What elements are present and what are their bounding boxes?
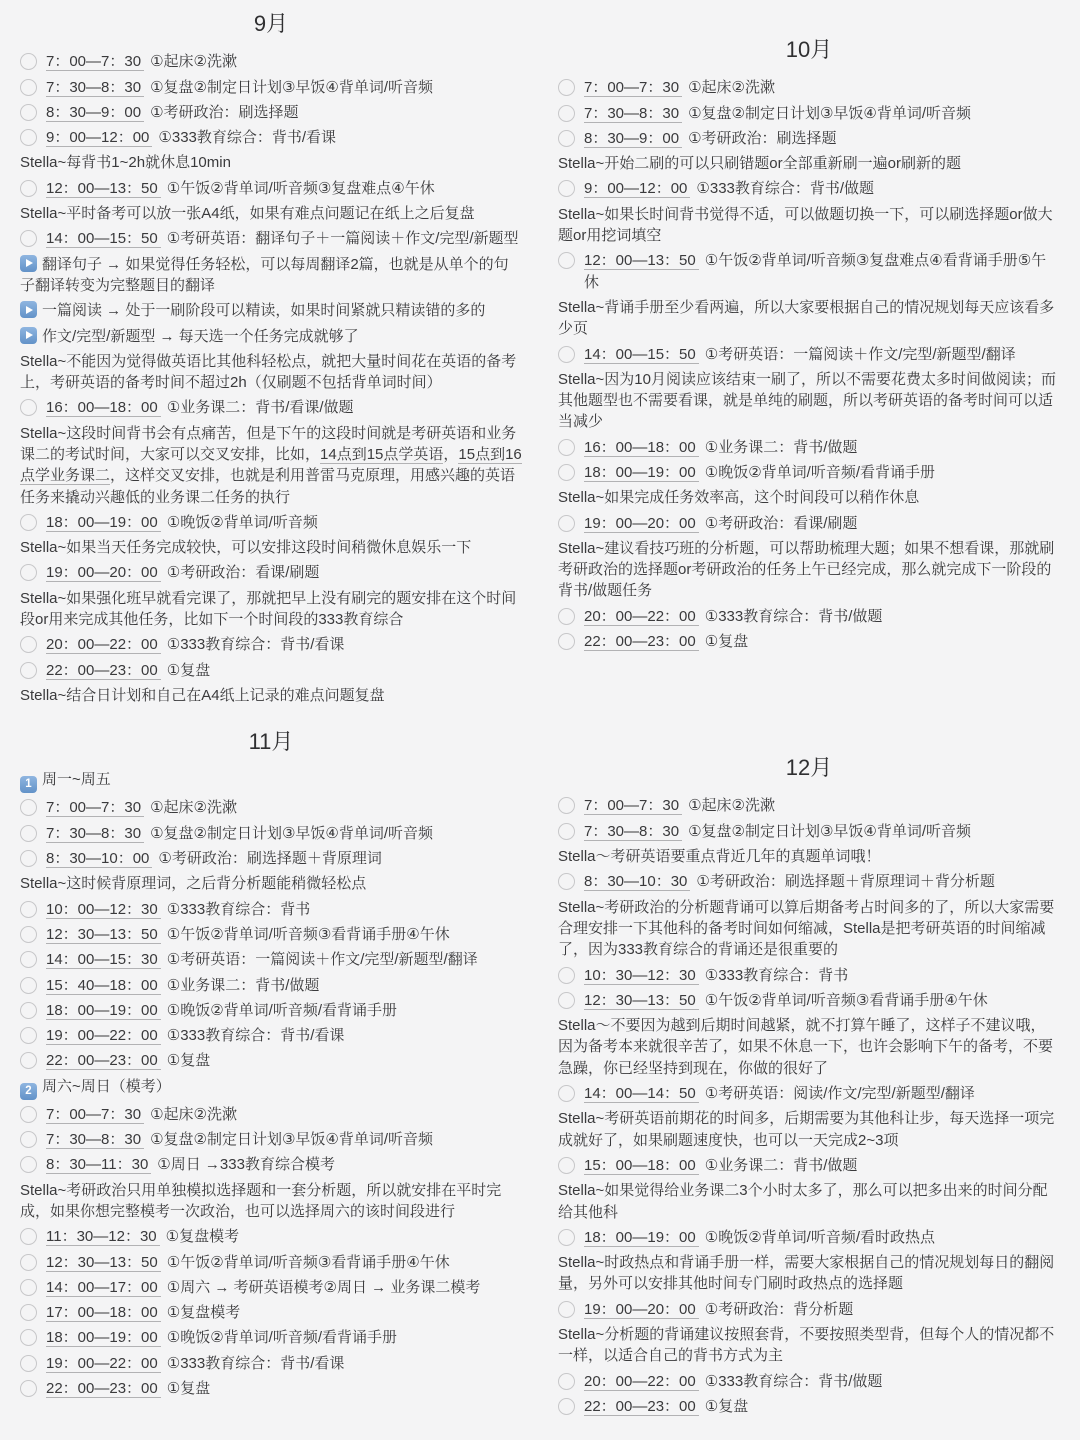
task-time: 18：00—19：00 [584,464,699,482]
stella-note: Stella~因为10月阅读应该结束一刷了，所以不需要花费太多时间做阅读；而其他… [558,369,1060,433]
todo-circle-checkbox-icon[interactable] [20,977,37,994]
task-text: ①333教育综合：背书/看课 [158,129,336,146]
month-section-december: 12月7：00—7：30①起床②洗漱7：30—8：30①复盘②制定日计划③早饭④… [558,724,1060,1421]
task-item: 7：30—8：30①复盘②制定日计划③早饭④背单词/听音频 [20,823,522,844]
month-title: 10月 [558,34,1060,65]
task-time: 16：00—18：00 [46,399,161,417]
task-body: 14：00—17：00①周六 → 考研英语模考②周日 → 业务课二模考 [46,1277,522,1298]
task-item: 8：30—11：30①周日 →333教育综合模考 [20,1154,522,1175]
task-item: 17：00—18：00①复盘模考 [20,1302,522,1323]
month-section-september: 9月7：00—7：30①起床②洗漱7：30—8：30①复盘②制定日计划③早饭④背… [20,6,522,710]
task-text: ①复盘②制定日计划③早饭④背单词/听音频 [150,79,433,96]
task-time: 12：00—13：50 [46,180,161,198]
task-body: 10：00—12：30①333教育综合：背书 [46,899,522,920]
task-text: ①起床②洗漱 [688,79,775,96]
todo-circle-checkbox-icon[interactable] [20,564,37,581]
task-time: 7：30—8：30 [46,825,144,843]
todo-circle-checkbox-icon[interactable] [558,130,575,147]
todo-circle-checkbox-icon[interactable] [20,926,37,943]
tip-item: 翻译句子 → 如果觉得任务轻松，可以每周翻译2篇，也就是从单个的句子翻译转变为完… [20,254,522,297]
task-body: 19：00—22：00①333教育综合：背书/看课 [46,1025,522,1046]
task-body: 22：00—23：00①复盘 [46,660,522,681]
task-body: 22：00—23：00①复盘 [46,1378,522,1399]
todo-circle-checkbox-icon[interactable] [558,1301,575,1318]
todo-circle-checkbox-icon[interactable] [558,873,575,890]
task-time: 22：00—23：00 [46,662,161,680]
task-item: 16：00—18：00①业务课二：背书/看课/做题 [20,397,522,418]
task-time: 7：30—8：30 [584,823,682,841]
task-body: 14：00—15：50①考研英语：翻译句子＋一篇阅读＋作文/完型/新题型 [46,228,522,249]
stella-note: Stella~这段时间背书会有点痛苦，但是下午的这段时间就是考研英语和业务课二的… [20,423,522,508]
task-time: 22：00—23：00 [46,1052,161,1070]
stella-note: Stella~建议看技巧班的分析题，可以帮助梳理大题；如果不想看课，那就刷考研政… [558,538,1060,602]
month-title: 11月 [20,726,522,757]
todo-circle-checkbox-icon[interactable] [20,1228,37,1245]
stella-note: Stella~如果觉得给业务课二3个小时太多了，那么可以把多出来的时间分配给其他… [558,1180,1060,1223]
task-item: 10：00—12：30①333教育综合：背书 [20,899,522,920]
task-text: ①考研政治：背分析题 [705,1301,853,1318]
todo-circle-checkbox-icon[interactable] [558,608,575,625]
task-time: 19：00—20：00 [46,564,161,582]
task-time: 12：30—13：50 [46,1254,161,1272]
subsection-header: 2周六~周日（模考） [20,1076,522,1100]
play-icon [20,255,37,272]
month-section-november: 11月1周一~周五7：00—7：30①起床②洗漱7：30—8：30①复盘②制定日… [20,724,522,1421]
task-time: 18：00—19：00 [46,514,161,532]
task-time: 7：30—8：30 [46,79,144,97]
study-plan-page: { "colors": { "background": "#f4f4f5", "… [0,0,1080,1431]
task-body: 14：00—14：50①考研英语：阅读/作文/完型/新题型/翻译 [584,1083,1060,1104]
task-body: 12：30—13：50①午饭②背单词/听音频③看背诵手册④午休 [46,924,522,945]
task-item: 7：30—8：30①复盘②制定日计划③早饭④背单词/听音频 [20,77,522,98]
todo-circle-checkbox-icon[interactable] [558,1085,575,1102]
stella-note: Stella~平时备考可以放一张A4纸，如果有难点问题记在纸上之后复盘 [20,203,522,224]
task-text: ①周日 →333教育综合模考 [157,1156,335,1173]
task-body: 7：30—8：30①复盘②制定日计划③早饭④背单词/听音频 [584,821,1060,842]
task-time: 9：00—12：00 [46,129,152,147]
task-time: 7：00—7：30 [584,79,682,97]
todo-circle-checkbox-icon[interactable] [20,399,37,416]
task-item: 7：30—8：30①复盘②制定日计划③早饭④背单词/听音频 [558,103,1060,124]
todo-circle-checkbox-icon[interactable] [558,967,575,984]
task-item: 7：00—7：30①起床②洗漱 [20,1104,522,1125]
todo-circle-checkbox-icon[interactable] [20,1329,37,1346]
task-item: 8：30—9：00①考研政治：刷选择题 [20,102,522,123]
stella-note: Stella~考研政治只用单独模拟选择题和一套分析题，所以就安排在平时完成，如果… [20,1180,522,1223]
todo-circle-checkbox-icon[interactable] [20,662,37,679]
task-time: 18：00—19：00 [46,1329,161,1347]
task-time: 19：00—20：00 [584,515,699,533]
task-body: 7：30—8：30①复盘②制定日计划③早饭④背单词/听音频 [584,103,1060,124]
task-text: ①起床②洗漱 [150,1106,237,1123]
stella-note: Stella~考研政治的分析题背诵可以算后期备考占时间多的了，所以大家需要合理安… [558,897,1060,961]
task-text: ①业务课二：背书/做题 [167,977,320,994]
todo-circle-checkbox-icon[interactable] [558,1157,575,1174]
task-body: 14：00—15：50①考研英语：一篇阅读＋作文/完型/新题型/翻译 [584,344,1060,365]
task-time: 8：30—10：00 [46,850,152,868]
note-text: ， [443,446,458,463]
task-item: 22：00—23：00①复盘 [20,1378,522,1399]
task-time: 14：00—15：50 [584,346,699,364]
task-body: 12：30—13：50①午饭②背单词/听音频③看背诵手册④午休 [46,1252,522,1273]
task-item: 8：30—10：00①考研政治：刷选择题＋背原理词 [20,848,522,869]
task-body: 11：30—12：30①复盘模考 [46,1226,522,1247]
task-body: 19：00—22：00①333教育综合：背书/看课 [46,1353,522,1374]
task-time: 19：00—22：00 [46,1027,161,1045]
task-item: 11：30—12：30①复盘模考 [20,1226,522,1247]
task-text: ①复盘②制定日计划③早饭④背单词/听音频 [150,825,433,842]
task-text: ①考研英语：翻译句子＋一篇阅读＋作文/完型/新题型 [167,230,519,247]
task-item: 8：30—9：00①考研政治：刷选择题 [558,128,1060,149]
stella-note: Stella~结合日计划和自己在A4纸上记录的难点问题复盘 [20,685,522,706]
task-item: 7：30—8：30①复盘②制定日计划③早饭④背单词/听音频 [558,821,1060,842]
task-body: 12：00—13：50①午饭②背单词/听音频③复盘难点④午休 [46,178,522,199]
task-body: 7：00—7：30①起床②洗漱 [46,797,522,818]
task-time: 22：00—23：00 [584,633,699,651]
stella-note: Stella~如果当天任务完成较快，可以安排这段时间稍微休息娱乐一下 [20,537,522,558]
task-item: 12：00—13：50①午饭②背单词/听音频③复盘难点④看背诵手册⑤午休 [558,250,1060,293]
tip-item: 作文/完型/新题型 → 每天选一个任务完成就够了 [20,326,522,347]
task-body: 18：00—19：00①晚饭②背单词/听音频/看时政热点 [584,1227,1060,1248]
task-item: 14：00—15：30①考研英语：一篇阅读＋作文/完型/新题型/翻译 [20,949,522,970]
month-title: 12月 [558,752,1060,783]
todo-circle-checkbox-icon[interactable] [20,850,37,867]
task-item: 12：30—13：50①午饭②背单词/听音频③看背诵手册④午休 [558,990,1060,1011]
task-time: 7：30—8：30 [46,1131,144,1149]
todo-circle-checkbox-icon[interactable] [558,79,575,96]
task-body: 14：00—15：30①考研英语：一篇阅读＋作文/完型/新题型/翻译 [46,949,522,970]
task-time: 20：00—22：00 [584,608,699,626]
stella-note: Stella~如果长时间背书觉得不适，可以做题切换一下，可以刷选择题or做大题o… [558,204,1060,247]
task-time: 14：00—14：50 [584,1085,699,1103]
task-text: ①333教育综合：背书/看课 [167,1355,345,1372]
task-text: ①复盘模考 [167,1304,240,1321]
task-item: 7：00—7：30①起床②洗漱 [558,77,1060,98]
task-item: 12：30—13：50①午饭②背单词/听音频③看背诵手册④午休 [20,1252,522,1273]
task-text: ①考研政治：刷选择题＋背原理词 [158,850,381,867]
todo-circle-checkbox-icon[interactable] [20,1279,37,1296]
task-item: 19：00—20：00①考研政治：看课/刷题 [20,562,522,583]
task-body: 19：00—20：00①考研政治：看课/刷题 [46,562,522,583]
task-item: 19：00—20：00①考研政治：看课/刷题 [558,513,1060,534]
todo-circle-checkbox-icon[interactable] [20,129,37,146]
todo-circle-checkbox-icon[interactable] [20,1380,37,1397]
task-time: 16：00—18：00 [584,439,699,457]
stella-note: Stella~时政热点和背诵手册一样，需要大家根据自己的情况规划每日的翻阅量，另… [558,1252,1060,1295]
task-text: ①起床②洗漱 [688,797,775,814]
todo-circle-checkbox-icon[interactable] [558,464,575,481]
stella-note: Stella～不要因为越到后期时间越紧，就不打算午睡了，这样子不建议哦，因为备考… [558,1015,1060,1079]
task-body: 7：30—8：30①复盘②制定日计划③早饭④背单词/听音频 [46,823,522,844]
task-text: ①午饭②背单词/听音频③复盘难点④午休 [167,180,435,197]
todo-circle-checkbox-icon[interactable] [20,799,37,816]
play-icon [20,327,37,344]
task-item: 12：30—13：50①午饭②背单词/听音频③看背诵手册④午休 [20,924,522,945]
task-body: 15：40—18：00①业务课二：背书/做题 [46,975,522,996]
task-time: 8：30—11：30 [46,1156,151,1174]
task-text: ①复盘②制定日计划③早饭④背单词/听音频 [688,105,971,122]
task-text: ①复盘 [705,633,748,650]
task-text: ①333教育综合：背书 [705,967,848,984]
task-time: 19：00—20：00 [584,1301,699,1319]
task-item: 16：00—18：00①业务课二：背书/做题 [558,437,1060,458]
todo-circle-checkbox-icon[interactable] [20,1131,37,1148]
task-time: 11：30—12：30 [46,1228,160,1246]
todo-circle-checkbox-icon[interactable] [20,1052,37,1069]
task-body: 19：00—20：00①考研政治：背分析题 [584,1299,1060,1320]
task-body: 10：30—12：30①333教育综合：背书 [584,965,1060,986]
task-body: 15：00—18：00①业务课二：背书/做题 [584,1155,1060,1176]
task-item: 18：00—19：00①晚饭②背单词/听音频/看背诵手册 [20,1327,522,1348]
task-text: ①333教育综合：背书/做题 [705,1373,883,1390]
task-body: 18：00—19：00①晚饭②背单词/听音频/看背诵手册 [46,1000,522,1021]
task-body: 18：00—19：00①晚饭②背单词/听音频/看背诵手册 [46,1327,522,1348]
stella-note: Stella~分析题的背诵建议按照套背，不要按照类型背，但每个人的情况都不一样，… [558,1324,1060,1367]
tip-text: 翻译句子 → 如果觉得任务轻松，可以每周翻译2篇，也就是从单个的句子翻译转变为完… [20,256,509,294]
task-item: 15：00—18：00①业务课二：背书/做题 [558,1155,1060,1176]
task-text: ①考研政治：刷选择题 [688,130,836,147]
todo-circle-checkbox-icon[interactable] [558,180,575,197]
todo-circle-checkbox-icon[interactable] [20,825,37,842]
task-time: 14：00—15：30 [46,951,161,969]
task-item: 10：30—12：30①333教育综合：背书 [558,965,1060,986]
todo-circle-checkbox-icon[interactable] [558,252,575,269]
task-body: 12：30—13：50①午饭②背单词/听音频③看背诵手册④午休 [584,990,1060,1011]
stella-note: Stella~背诵手册至少看两遍，所以大家要根据自己的情况规划每天应该看多少页 [558,297,1060,340]
task-item: 8：30—10：30①考研政治：刷选择题＋背原理词＋背分析题 [558,871,1060,892]
stella-note: Stella~考研英语前期花的时间多，后期需要为其他科让步，每天选择一项完成就好… [558,1108,1060,1151]
note-underlined-text: 14点到15点学英语 [320,446,443,464]
task-item: 12：00—13：50①午饭②背单词/听音频③复盘难点④午休 [20,178,522,199]
tip-text: 一篇阅读 → 处于一刷阶段可以精读，如果时间紧就只精读错的多的 [42,302,485,319]
task-text: ①复盘 [167,1380,210,1397]
task-text: ①午饭②背单词/听音频③看背诵手册④午休 [167,926,450,943]
task-text: ①复盘 [167,1052,210,1069]
task-item: 20：00—22：00①333教育综合：背书/看课 [20,634,522,655]
tip-text: 作文/完型/新题型 → 每天选一个任务完成就够了 [42,328,359,345]
month-section-october: 10月7：00—7：30①起床②洗漱7：30—8：30①复盘②制定日计划③早饭④… [558,6,1060,710]
play-icon [20,301,37,318]
task-text: ①晚饭②背单词/听音频/看时政热点 [705,1229,935,1246]
task-time: 22：00—23：00 [584,1398,699,1416]
todo-circle-checkbox-icon[interactable] [20,1304,37,1321]
todo-circle-checkbox-icon[interactable] [20,104,37,121]
task-item: 9：00—12：00①333教育综合：背书/看课 [20,127,522,148]
task-body: 22：00—23：00①复盘 [584,631,1060,652]
task-text: ①复盘 [705,1398,748,1415]
task-body: 18：00—19：00①晚饭②背单词/听音频 [46,512,522,533]
task-text: ①晚饭②背单词/听音频/看背诵手册 [167,1329,397,1346]
todo-circle-checkbox-icon[interactable] [558,823,575,840]
task-item: 14：00—14：50①考研英语：阅读/作文/完型/新题型/翻译 [558,1083,1060,1104]
task-time: 15：40—18：00 [46,977,161,995]
todo-circle-checkbox-icon[interactable] [20,514,37,531]
task-item: 15：40—18：00①业务课二：背书/做题 [20,975,522,996]
task-body: 16：00—18：00①业务课二：背书/做题 [584,437,1060,458]
task-item: 18：00—19：00①晚饭②背单词/听音频/看背诵手册 [558,462,1060,483]
months-grid: 9月7：00—7：30①起床②洗漱7：30—8：30①复盘②制定日计划③早饭④背… [0,0,1080,1431]
task-item: 18：00—19：00①晚饭②背单词/听音频/看背诵手册 [20,1000,522,1021]
task-time: 7：30—8：30 [584,105,682,123]
task-text: ①午饭②背单词/听音频③看背诵手册④午休 [705,992,988,1009]
todo-circle-checkbox-icon[interactable] [20,1156,37,1173]
task-time: 8：30—9：00 [584,130,682,148]
todo-circle-checkbox-icon[interactable] [20,951,37,968]
task-text: ①考研政治：刷选择题 [150,104,298,121]
task-time: 18：00—19：00 [46,1002,161,1020]
stella-note: Stella~如果强化班早就看完课了，那就把早上没有刷完的题安排在这个时间段or… [20,588,522,631]
todo-circle-checkbox-icon[interactable] [558,633,575,650]
task-body: 8：30—10：30①考研政治：刷选择题＋背原理词＋背分析题 [584,871,1060,892]
task-text: ①复盘②制定日计划③早饭④背单词/听音频 [688,823,971,840]
task-body: 7：30—8：30①复盘②制定日计划③早饭④背单词/听音频 [46,77,522,98]
task-text: ①业务课二：背书/看课/做题 [167,399,354,416]
tip-item: 一篇阅读 → 处于一刷阶段可以精读，如果时间紧就只精读错的多的 [20,300,522,321]
task-text: ①复盘模考 [166,1228,239,1245]
task-text: ①考研政治：看课/刷题 [705,515,858,532]
task-text: ①午饭②背单词/听音频③看背诵手册④午休 [167,1254,450,1271]
todo-circle-checkbox-icon[interactable] [20,1254,37,1271]
todo-circle-checkbox-icon[interactable] [558,797,575,814]
task-time: 12：30—13：50 [46,926,161,944]
todo-circle-checkbox-icon[interactable] [20,1106,37,1123]
task-body: 22：00—23：00①复盘 [584,1396,1060,1417]
task-time: 22：00—23：00 [46,1380,161,1398]
task-item: 7：00—7：30①起床②洗漱 [20,51,522,72]
stella-note: Stella~开始二刷的可以只刷错题or全部重新刷一遍or刷新的题 [558,153,1060,174]
task-text: ①起床②洗漱 [150,53,237,70]
subsection-label: 周一~周五 [42,771,111,788]
task-body: 7：00—7：30①起床②洗漱 [584,795,1060,816]
stella-note: Stella~每背书1~2h就休息10min [20,152,522,173]
task-text: ①复盘 [167,662,210,679]
task-item: 9：00—12：00①333教育综合：背书/做题 [558,178,1060,199]
todo-circle-checkbox-icon[interactable] [558,1398,575,1415]
task-body: 8：30—9：00①考研政治：刷选择题 [584,128,1060,149]
task-time: 14：00—17：00 [46,1279,161,1297]
task-body: 12：00—13：50①午饭②背单词/听音频③复盘难点④看背诵手册⑤午休 [584,250,1060,293]
number-1-badge-icon: 1 [20,776,37,793]
task-item: 14：00—15：50①考研英语：翻译句子＋一篇阅读＋作文/完型/新题型 [20,228,522,249]
stella-note: Stella~如果完成任务效率高，这个时间段可以稍作休息 [558,487,1060,508]
number-2-badge-icon: 2 [20,1083,37,1100]
task-text: ①考研政治：刷选择题＋背原理词＋背分析题 [696,873,994,890]
task-item: 18：00—19：00①晚饭②背单词/听音频/看时政热点 [558,1227,1060,1248]
task-body: 8：30—10：00①考研政治：刷选择题＋背原理词 [46,848,522,869]
task-time: 10：00—12：30 [46,901,161,919]
task-body: 19：00—20：00①考研政治：看课/刷题 [584,513,1060,534]
task-body: 20：00—22：00①333教育综合：背书/做题 [584,1371,1060,1392]
task-body: 22：00—23：00①复盘 [46,1050,522,1071]
task-item: 14：00—17：00①周六 → 考研英语模考②周日 → 业务课二模考 [20,1277,522,1298]
task-item: 18：00—19：00①晚饭②背单词/听音频 [20,512,522,533]
task-time: 20：00—22：00 [46,636,161,654]
task-text: ①考研英语：一篇阅读＋作文/完型/新题型/翻译 [705,346,1016,363]
task-body: 8：30—11：30①周日 →333教育综合模考 [46,1154,522,1175]
task-item: 19：00—20：00①考研政治：背分析题 [558,1299,1060,1320]
subsection-header: 1周一~周五 [20,769,522,793]
task-time: 7：00—7：30 [46,799,144,817]
task-text: ①复盘②制定日计划③早饭④背单词/听音频 [150,1131,433,1148]
task-item: 7：00—7：30①起床②洗漱 [558,795,1060,816]
task-text: ①考研政治：看课/刷题 [167,564,320,581]
task-text: ①晚饭②背单词/听音频/看背诵手册 [167,1002,397,1019]
todo-circle-checkbox-icon[interactable] [20,1355,37,1372]
task-body: 7：00—7：30①起床②洗漱 [584,77,1060,98]
task-text: ①业务课二：背书/做题 [705,1157,858,1174]
todo-circle-checkbox-icon[interactable] [558,992,575,1009]
todo-circle-checkbox-icon[interactable] [558,105,575,122]
task-text: ①业务课二：背书/做题 [705,439,858,456]
task-text: ①333教育综合：背书/看课 [167,1027,345,1044]
task-text: ①晚饭②背单词/听音频/看背诵手册 [705,464,935,481]
stella-note: Stella~不能因为觉得做英语比其他科轻松点，就把大量时间花在英语的备考上，考… [20,351,522,394]
todo-circle-checkbox-icon[interactable] [20,1027,37,1044]
task-body: 9：00—12：00①333教育综合：背书/看课 [46,127,522,148]
task-text: ①考研英语：一篇阅读＋作文/完型/新题型/翻译 [167,951,478,968]
todo-circle-checkbox-icon[interactable] [20,230,37,247]
todo-circle-checkbox-icon[interactable] [20,180,37,197]
task-time: 7：00—7：30 [46,1106,144,1124]
task-time: 19：00—22：00 [46,1355,161,1373]
task-item: 22：00—23：00①复盘 [20,1050,522,1071]
task-item: 22：00—23：00①复盘 [558,631,1060,652]
task-body: 18：00—19：00①晚饭②背单词/听音频/看背诵手册 [584,462,1060,483]
task-body: 17：00—18：00①复盘模考 [46,1302,522,1323]
task-time: 17：00—18：00 [46,1304,161,1322]
todo-circle-checkbox-icon[interactable] [20,79,37,96]
task-time: 7：00—7：30 [46,53,144,71]
task-item: 14：00—15：50①考研英语：一篇阅读＋作文/完型/新题型/翻译 [558,344,1060,365]
task-body: 8：30—9：00①考研政治：刷选择题 [46,102,522,123]
todo-circle-checkbox-icon[interactable] [20,901,37,918]
todo-circle-checkbox-icon[interactable] [20,636,37,653]
todo-circle-checkbox-icon[interactable] [558,439,575,456]
task-item: 19：00—22：00①333教育综合：背书/看课 [20,1025,522,1046]
todo-circle-checkbox-icon[interactable] [20,1002,37,1019]
task-item: 20：00—22：00①333教育综合：背书/做题 [558,606,1060,627]
task-item: 7：00—7：30①起床②洗漱 [20,797,522,818]
todo-circle-checkbox-icon[interactable] [558,1373,575,1390]
task-time: 7：00—7：30 [584,797,682,815]
task-text: ①晚饭②背单词/听音频 [167,514,318,531]
stella-note: Stella~这时候背原理词，之后背分析题能稍微轻松点 [20,873,522,894]
todo-circle-checkbox-icon[interactable] [558,515,575,532]
task-text: ①周六 → 考研英语模考②周日 → 业务课二模考 [167,1279,481,1296]
task-time: 20：00—22：00 [584,1373,699,1391]
task-time: 10：30—12：30 [584,967,699,985]
task-body: 7：00—7：30①起床②洗漱 [46,51,522,72]
todo-circle-checkbox-icon[interactable] [558,346,575,363]
task-text: ①333教育综合：背书/做题 [705,608,883,625]
task-time: 8：30—9：00 [46,104,144,122]
task-item: 22：00—23：00①复盘 [558,1396,1060,1417]
task-text: ①333教育综合：背书/看课 [167,636,345,653]
task-item: 22：00—23：00①复盘 [20,660,522,681]
task-text: ①考研英语：阅读/作文/完型/新题型/翻译 [705,1085,975,1102]
task-body: 16：00—18：00①业务课二：背书/看课/做题 [46,397,522,418]
task-body: 7：30—8：30①复盘②制定日计划③早饭④背单词/听音频 [46,1129,522,1150]
todo-circle-checkbox-icon[interactable] [20,53,37,70]
task-time: 12：00—13：50 [584,252,699,270]
todo-circle-checkbox-icon[interactable] [558,1229,575,1246]
subsection-label: 周六~周日（模考） [42,1078,171,1095]
task-time: 12：30—13：50 [584,992,699,1010]
task-time: 8：30—10：30 [584,873,690,891]
task-text: ①333教育综合：背书 [167,901,310,918]
task-item: 20：00—22：00①333教育综合：背书/做题 [558,1371,1060,1392]
stella-note: Stella～考研英语要重点背近几年的真题单词哦！ [558,846,1060,867]
